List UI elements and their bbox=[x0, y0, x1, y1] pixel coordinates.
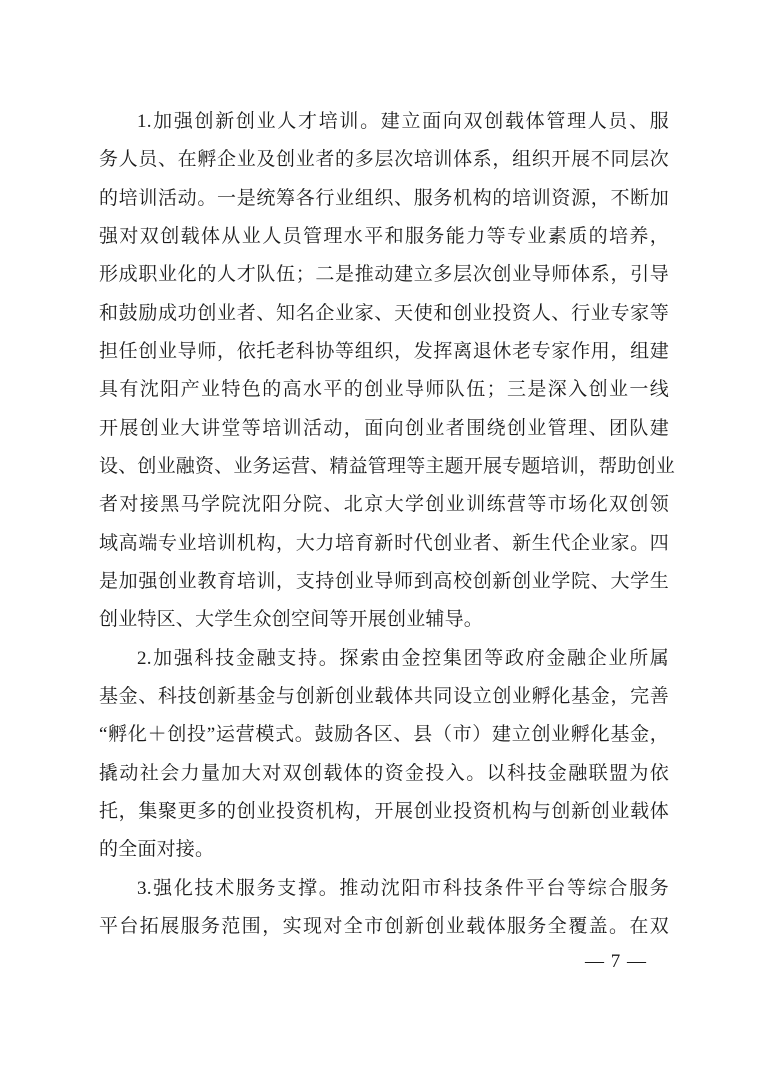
text-line: 务人员、在孵企业及创业者的多层次培训体系，组织开展不同层次 bbox=[99, 141, 669, 179]
text-line: “孵化＋创投”运营模式。鼓励各区、县（市）建立创业孵化基金， bbox=[99, 716, 669, 754]
text-line: 基金、科技创新基金与创新创业载体共同设立创业孵化基金，完善 bbox=[99, 678, 669, 716]
text-line: 和鼓励成功创业者、知名企业家、天使和创业投资人、行业专家等 bbox=[99, 295, 669, 333]
text-line: 强对双创载体从业人员管理水平和服务能力等专业素质的培养， bbox=[99, 218, 669, 256]
text-line: 撬动社会力量加大对双创载体的资金投入。以科技金融联盟为依 bbox=[99, 755, 669, 793]
text-line: 托，集聚更多的创业投资机构，开展创业投资机构与创新创业载体 bbox=[99, 793, 669, 831]
text-line: 的培训活动。一是统筹各行业组织、服务机构的培训资源，不断加 bbox=[99, 180, 669, 218]
text-line: 2.加强科技金融支持。探索由金控集团等政府金融企业所属 bbox=[99, 640, 669, 678]
paragraph-3: 3.强化技术服务支撑。推动沈阳市科技条件平台等综合服务 平台拓展服务范围，实现对… bbox=[99, 870, 669, 947]
document-body: 1.加强创新创业人才培训。建立面向双创载体管理人员、服 务人员、在孵企业及创业者… bbox=[99, 103, 669, 946]
paragraph-2: 2.加强科技金融支持。探索由金控集团等政府金融企业所属 基金、科技创新基金与创新… bbox=[99, 640, 669, 870]
text-line: 是加强创业教育培训，支持创业导师到高校创新创业学院、大学生 bbox=[99, 563, 669, 601]
text-line: 设、创业融资、业务运营、精益管理等主题开展专题培训，帮助创业 bbox=[99, 448, 669, 486]
text-line: 的全面对接。 bbox=[99, 831, 669, 869]
text-line: 担任创业导师，依托老科协等组织，发挥离退休老专家作用，组建 bbox=[99, 333, 669, 371]
text-line: 者对接黑马学院沈阳分院、北京大学创业训练营等市场化双创领 bbox=[99, 486, 669, 524]
text-line: 创业特区、大学生众创空间等开展创业辅导。 bbox=[99, 601, 669, 639]
page-number: — 7 — bbox=[585, 950, 647, 974]
paragraph-1: 1.加强创新创业人才培训。建立面向双创载体管理人员、服 务人员、在孵企业及创业者… bbox=[99, 103, 669, 640]
document-page: 1.加强创新创业人才培训。建立面向双创载体管理人员、服 务人员、在孵企业及创业者… bbox=[0, 0, 768, 1086]
text-line: 形成职业化的人才队伍；二是推动建立多层次创业导师体系，引导 bbox=[99, 256, 669, 294]
text-line: 开展创业大讲堂等培训活动，面向创业者围绕创业管理、团队建 bbox=[99, 410, 669, 448]
text-line: 1.加强创新创业人才培训。建立面向双创载体管理人员、服 bbox=[99, 103, 669, 141]
text-line: 域高端专业培训机构，大力培育新时代创业者、新生代企业家。四 bbox=[99, 525, 669, 563]
text-line: 3.强化技术服务支撑。推动沈阳市科技条件平台等综合服务 bbox=[99, 870, 669, 908]
text-line: 具有沈阳产业特色的高水平的创业导师队伍；三是深入创业一线 bbox=[99, 371, 669, 409]
text-line: 平台拓展服务范围，实现对全市创新创业载体服务全覆盖。在双 bbox=[99, 908, 669, 946]
